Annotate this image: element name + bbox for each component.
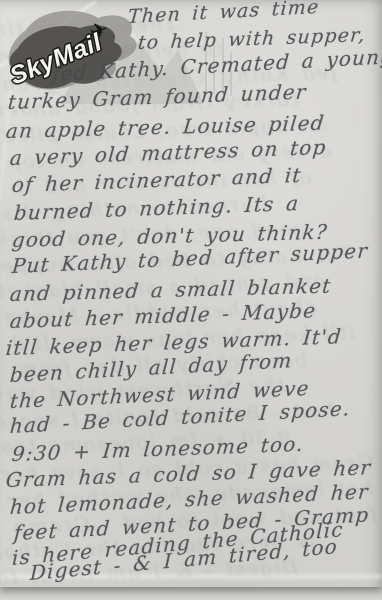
letter-body: Then it was time to help with supper, fe… [0,0,382,587]
scan-background [0,586,382,600]
handwritten-line: Then it was time [127,0,320,28]
handwritten-line: burned to nothing. Its a [13,191,300,225]
letter-paper: Then it was timeto help with supper,fed … [0,0,382,587]
letter-scan: Then it was timeto help with supper,fed … [0,0,382,600]
